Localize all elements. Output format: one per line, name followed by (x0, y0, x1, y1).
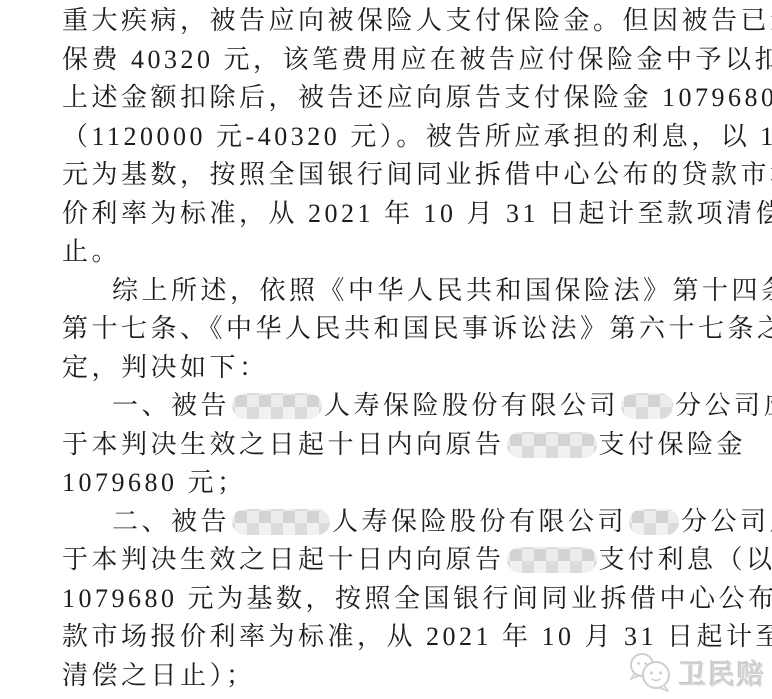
chat-bubbles-icon (627, 651, 673, 693)
doc-line: 上述金额扣除后，被告还应向原告支付保险金 1079680 元 (62, 79, 716, 118)
redaction-blur (232, 393, 322, 419)
doc-line: 1079680 元； (62, 464, 716, 503)
doc-line: 一、被告人寿保险股份有限公司分公司应 (62, 387, 716, 426)
doc-line: 定，判决如下： (62, 349, 716, 388)
doc-line: 二、被告人寿保险股份有限公司分公司应 (62, 503, 716, 542)
doc-line: （1120000 元-40320 元）。被告所应承担的利息，以 1079680 (62, 118, 716, 157)
judgment-text-block: 重大疾病，被告应向被保险人支付保险金。但因被告已退还 保费 40320 元，该笔… (62, 2, 716, 695)
doc-line: 于本判决生效之日起十日内向原告支付保险金 (62, 426, 716, 465)
judgment-document-page: 重大疾病，被告应向被保险人支付保险金。但因被告已退还 保费 40320 元，该笔… (0, 0, 772, 699)
redaction-blur (507, 432, 597, 458)
doc-line: 1079680 元为基数，按照全国银行间同业拆借中心公布的贷 (62, 580, 716, 619)
doc-line: 保费 40320 元，该笔费用应在被告应付保险金中予以扣除。 (62, 41, 716, 80)
doc-line: 重大疾病，被告应向被保险人支付保险金。但因被告已退还 (62, 2, 716, 41)
doc-text-segment: 支付保险金 (599, 430, 747, 459)
doc-text-segment: 于本判决生效之日起十日内向原告 (62, 430, 505, 459)
doc-line: 价利率为标准，从 2021 年 10 月 31 日起计至款项清偿之日 (62, 195, 716, 234)
doc-text-segment: 二、被告 (112, 507, 230, 536)
doc-line: 于本判决生效之日起十日内向原告支付利息（以 (62, 541, 716, 580)
watermark: 卫民赔 (627, 651, 766, 693)
doc-line: 止。 (62, 233, 716, 272)
doc-text-segment: 一、被告 (112, 391, 230, 420)
watermark-label: 卫民赔 (679, 653, 766, 692)
doc-line: 款市场报价利率为标准，从 2021 年 10 月 31 日起计至款项 (62, 618, 716, 657)
doc-text-segment: 人寿保险股份有限公司 (324, 391, 619, 420)
redaction-blur (232, 509, 330, 535)
doc-text-segment: 分公司应 (681, 507, 772, 536)
doc-text-segment: 于本判决生效之日起十日内向原告 (62, 545, 505, 574)
doc-line: 综上所述，依照《中华人民共和国保险法》第十四条、 (62, 272, 716, 311)
redaction-blur (621, 393, 673, 419)
doc-text-segment: 支付利息（以 (599, 545, 772, 574)
doc-text-segment: 人寿保险股份有限公司 (332, 507, 627, 536)
redaction-blur (507, 547, 597, 573)
doc-line: 元为基数，按照全国银行间同业拆借中心公布的贷款市场报 (62, 156, 716, 195)
doc-text-segment: 分公司应 (675, 391, 772, 420)
doc-line: 第十七条、《中华人民共和国民事诉讼法》第六十七条之规 (62, 310, 716, 349)
redaction-blur (629, 509, 679, 535)
doc-line: 清偿之日止）； (62, 657, 716, 696)
